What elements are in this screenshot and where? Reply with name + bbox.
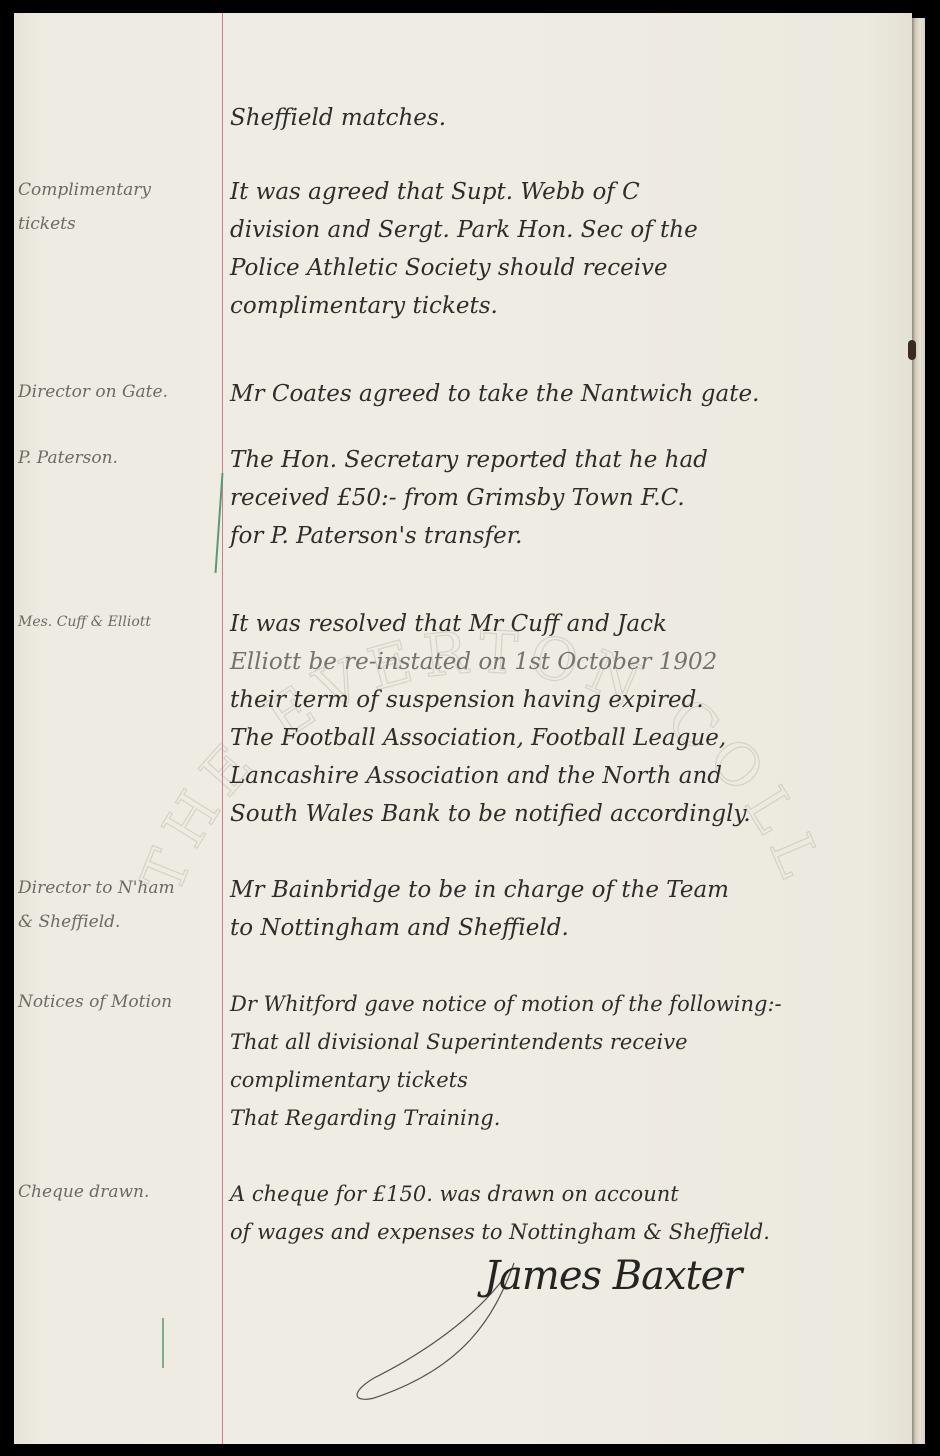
- continuation-text: Sheffield matches.: [230, 99, 910, 137]
- entry-body: It was resolved that Mr Cuff and Jack El…: [230, 605, 910, 833]
- entry-body: The Hon. Secretary reported that he had …: [230, 441, 910, 555]
- entry-label: Notices of Motion: [18, 985, 216, 1019]
- binding-stain: [908, 340, 916, 360]
- entry-label: Director on Gate.: [18, 375, 216, 409]
- entry-label: P. Paterson.: [18, 441, 216, 475]
- page-edge: [912, 18, 925, 1444]
- signature: James Baxter: [484, 1253, 741, 1299]
- entry-body: Dr Whitford gave notice of motion of the…: [230, 985, 910, 1137]
- pencil-mark: [162, 1318, 164, 1368]
- entry-label: Director to N'ham & Sheffield.: [18, 871, 216, 939]
- entry-body: Mr Coates agreed to take the Nantwich ga…: [230, 375, 910, 413]
- entry-label: Mes. Cuff & Elliott: [18, 605, 216, 639]
- entry-label: Complimentary tickets: [18, 173, 216, 241]
- ledger-page: THE EVERTON COLLECTION CHARITABLE TRUST …: [14, 13, 912, 1444]
- entry-body: A cheque for £150. was drawn on account …: [230, 1175, 910, 1251]
- margin-rule: [222, 13, 223, 1444]
- entry-body: Mr Bainbridge to be in charge of the Tea…: [230, 871, 910, 947]
- entry-body: It was agreed that Supt. Webb of C divis…: [230, 173, 910, 325]
- entry-label: Cheque drawn.: [18, 1175, 216, 1209]
